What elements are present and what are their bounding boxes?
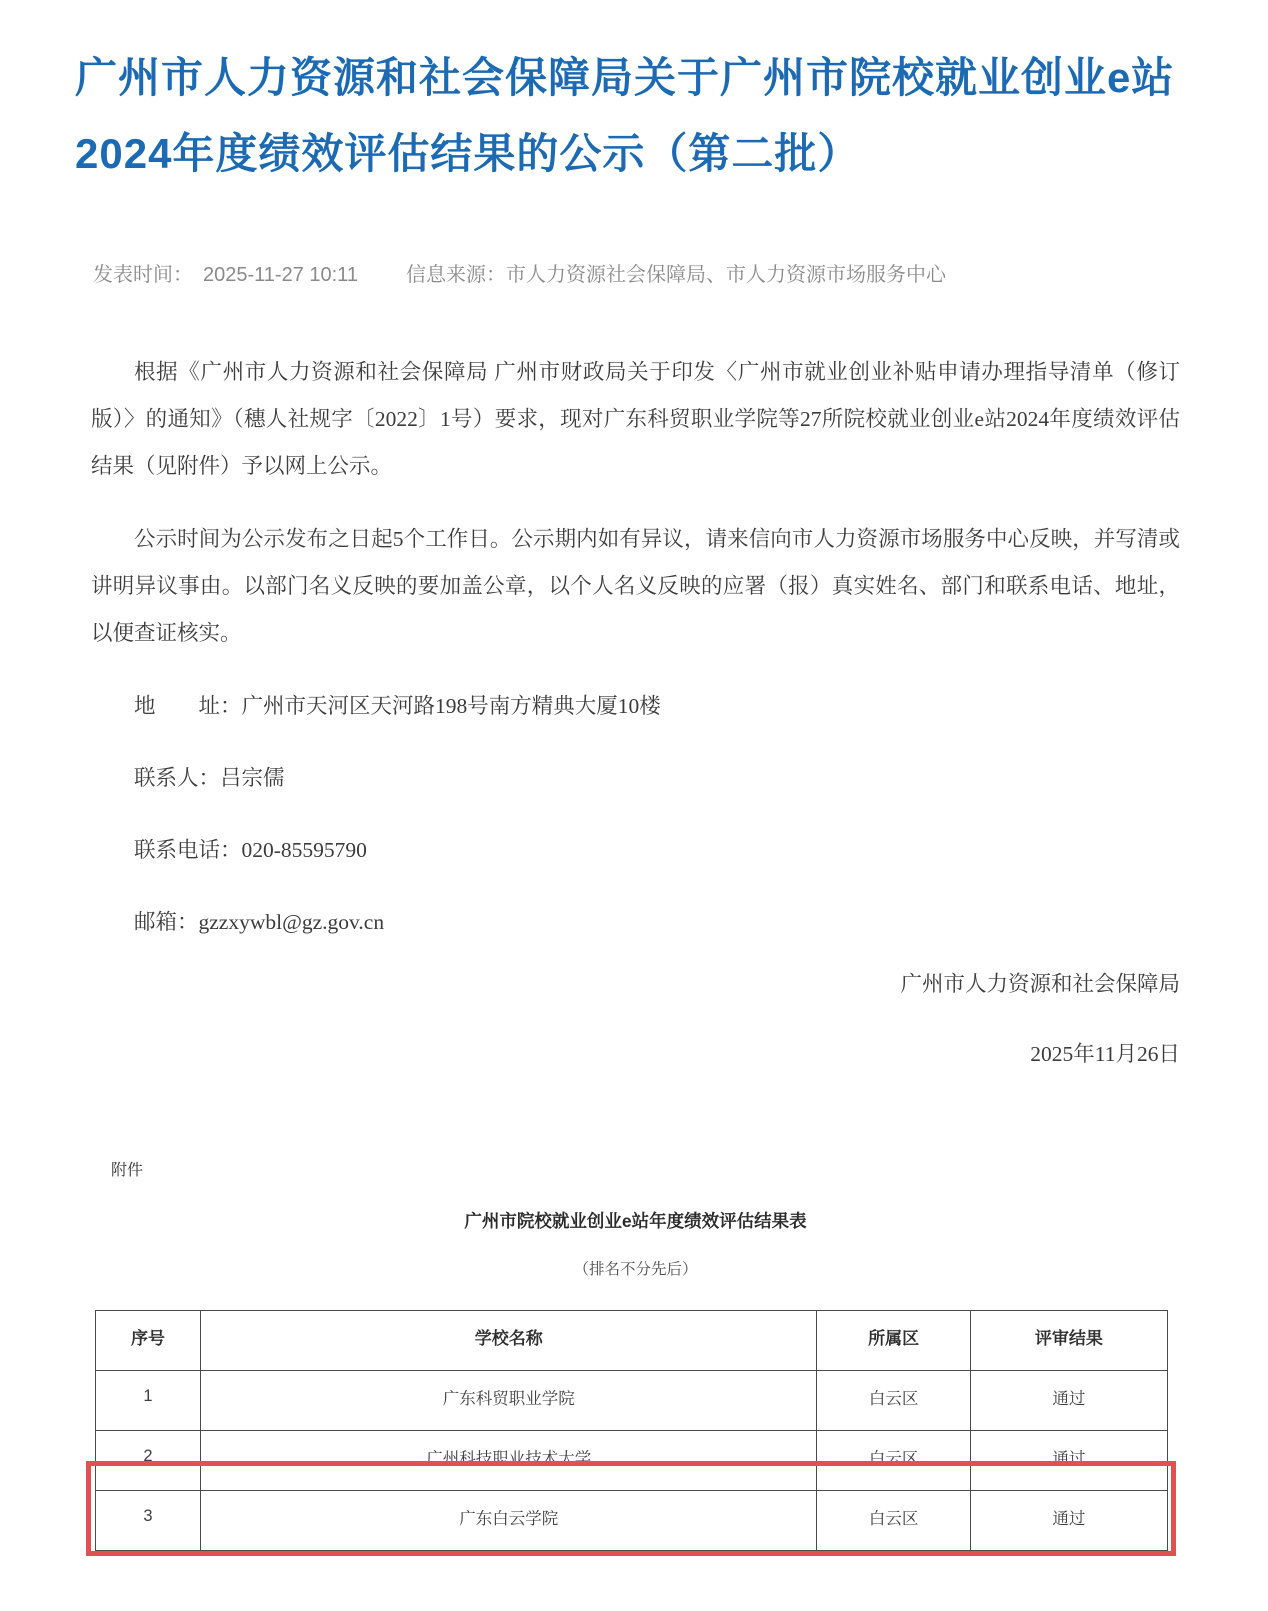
source-value: 市人力资源社会保障局、市人力资源市场服务中心 bbox=[506, 264, 946, 286]
cell-school-name: 广东科贸职业学院 bbox=[201, 1371, 817, 1431]
publish-time-label: 发表时间： bbox=[93, 264, 193, 286]
cell-district: 白云区 bbox=[817, 1371, 970, 1431]
announcement-body: 根据《广州市人力资源和社会保障局 广州市财政局关于印发〈广州市就业创业补贴申请办… bbox=[91, 349, 1180, 1069]
attachment-table-subtitle: （排名不分先后） bbox=[91, 1257, 1180, 1279]
cell-school-name: 广东白云学院 bbox=[201, 1491, 817, 1551]
cell-review-result: 通过 bbox=[970, 1491, 1167, 1551]
header-review-result: 评审结果 bbox=[970, 1311, 1167, 1371]
paragraph-basis: 根据《广州市人力资源和社会保障局 广州市财政局关于印发〈广州市就业创业补贴申请办… bbox=[91, 349, 1180, 490]
attachment-section: 附件 广州市院校就业创业e站年度绩效评估结果表 （排名不分先后） 序号 学校名称… bbox=[91, 1157, 1180, 1551]
contact-phone: 联系电话：020-85595790 bbox=[91, 837, 1180, 863]
paragraph-objection-notice: 公示时间为公示发布之日起5个工作日。公示期内如有异议，请来信向市人力资源市场服务… bbox=[91, 516, 1180, 657]
table-row: 2 广州科技职业技术大学 白云区 通过 bbox=[96, 1431, 1168, 1491]
header-school-name: 学校名称 bbox=[201, 1311, 817, 1371]
contact-person: 联系人：吕宗儒 bbox=[91, 765, 1180, 791]
page-title: 广州市人力资源和社会保障局关于广州市院校就业创业e站2024年度绩效评估结果的公… bbox=[75, 40, 1180, 192]
header-serial-number: 序号 bbox=[96, 1311, 201, 1371]
publish-time-value: 2025-11-27 10:11 bbox=[203, 264, 358, 286]
meta-bar: 发表时间：2025-11-27 10:11信息来源：市人力资源社会保障局、市人力… bbox=[93, 258, 1180, 287]
table-header-row: 序号 学校名称 所属区 评审结果 bbox=[96, 1311, 1168, 1371]
table-row: 1 广东科贸职业学院 白云区 通过 bbox=[96, 1371, 1168, 1431]
cell-district: 白云区 bbox=[817, 1431, 970, 1491]
source-label: 信息来源： bbox=[406, 264, 506, 286]
header-district: 所属区 bbox=[817, 1311, 970, 1371]
results-table: 序号 学校名称 所属区 评审结果 1 广东科贸职业学院 白云区 通过 2 bbox=[95, 1310, 1168, 1551]
contact-email: 邮箱：gzzxywbl@gz.gov.cn bbox=[91, 909, 1180, 935]
cell-review-result: 通过 bbox=[970, 1371, 1167, 1431]
announcement-page: 广州市人力资源和社会保障局关于广州市院校就业创业e站2024年度绩效评估结果的公… bbox=[0, 0, 1268, 1611]
cell-school-name: 广州科技职业技术大学 bbox=[201, 1431, 817, 1491]
table-row-highlighted: 3 广东白云学院 白云区 通过 bbox=[96, 1491, 1168, 1551]
results-table-container: 序号 学校名称 所属区 评审结果 1 广东科贸职业学院 白云区 通过 2 bbox=[95, 1310, 1168, 1551]
cell-serial-number: 1 bbox=[96, 1371, 201, 1431]
cell-review-result: 通过 bbox=[970, 1431, 1167, 1491]
attachment-label: 附件 bbox=[111, 1157, 1180, 1180]
signature-organization: 广州市人力资源和社会保障局 bbox=[91, 969, 1180, 999]
attachment-table-title: 广州市院校就业创业e站年度绩效评估结果表 bbox=[91, 1208, 1180, 1233]
cell-district: 白云区 bbox=[817, 1491, 970, 1551]
cell-serial-number: 2 bbox=[96, 1431, 201, 1491]
contact-address: 地 址：广州市天河区天河路198号南方精典大厦10楼 bbox=[91, 693, 1180, 719]
cell-serial-number: 3 bbox=[96, 1491, 201, 1551]
signature-date: 2025年11月26日 bbox=[91, 1039, 1180, 1069]
